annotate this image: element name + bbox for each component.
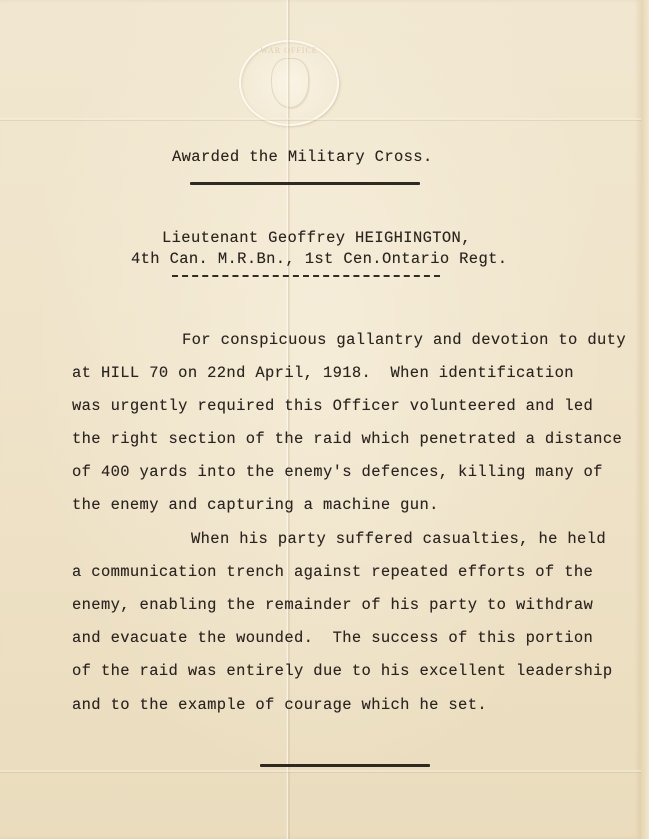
horizontal-fold-crease-top bbox=[0, 118, 641, 121]
citation-line: and evacuate the wounded. The success of… bbox=[72, 629, 593, 647]
heading-underline bbox=[190, 182, 420, 185]
award-heading: Awarded the Military Cross. bbox=[172, 148, 433, 166]
citation-line: of the raid was entirely due to his exce… bbox=[72, 662, 612, 680]
citation-line: enemy, enabling the remainder of his par… bbox=[72, 596, 593, 614]
coat-of-arms-icon bbox=[271, 58, 309, 108]
paper-edge bbox=[641, 0, 649, 839]
citation-line: When his party suffered casualties, he h… bbox=[191, 530, 606, 548]
citation-line: the enemy and capturing a machine gun. bbox=[72, 496, 439, 514]
horizontal-fold-crease-bottom bbox=[0, 770, 641, 773]
recipient-name: Lieutenant Geoffrey HEIGHINGTON, bbox=[162, 229, 471, 247]
citation-line: a communication trench against repeated … bbox=[72, 563, 593, 581]
closing-rule bbox=[260, 764, 430, 767]
citation-line: and to the example of courage which he s… bbox=[72, 696, 487, 714]
recipient-unit: 4th Can. M.R.Bn., 1st Cen.Ontario Regt. bbox=[131, 250, 507, 268]
citation-line: the right section of the raid which pene… bbox=[72, 430, 622, 448]
citation-line: For conspicuous gallantry and devotion t… bbox=[182, 331, 626, 349]
citation-line: of 400 yards into the enemy's defences, … bbox=[72, 463, 603, 481]
citation-line: at HILL 70 on 22nd April, 1918. When ide… bbox=[72, 364, 574, 382]
citation-line: was urgently required this Officer volun… bbox=[72, 397, 593, 415]
recipient-underline bbox=[172, 275, 440, 277]
